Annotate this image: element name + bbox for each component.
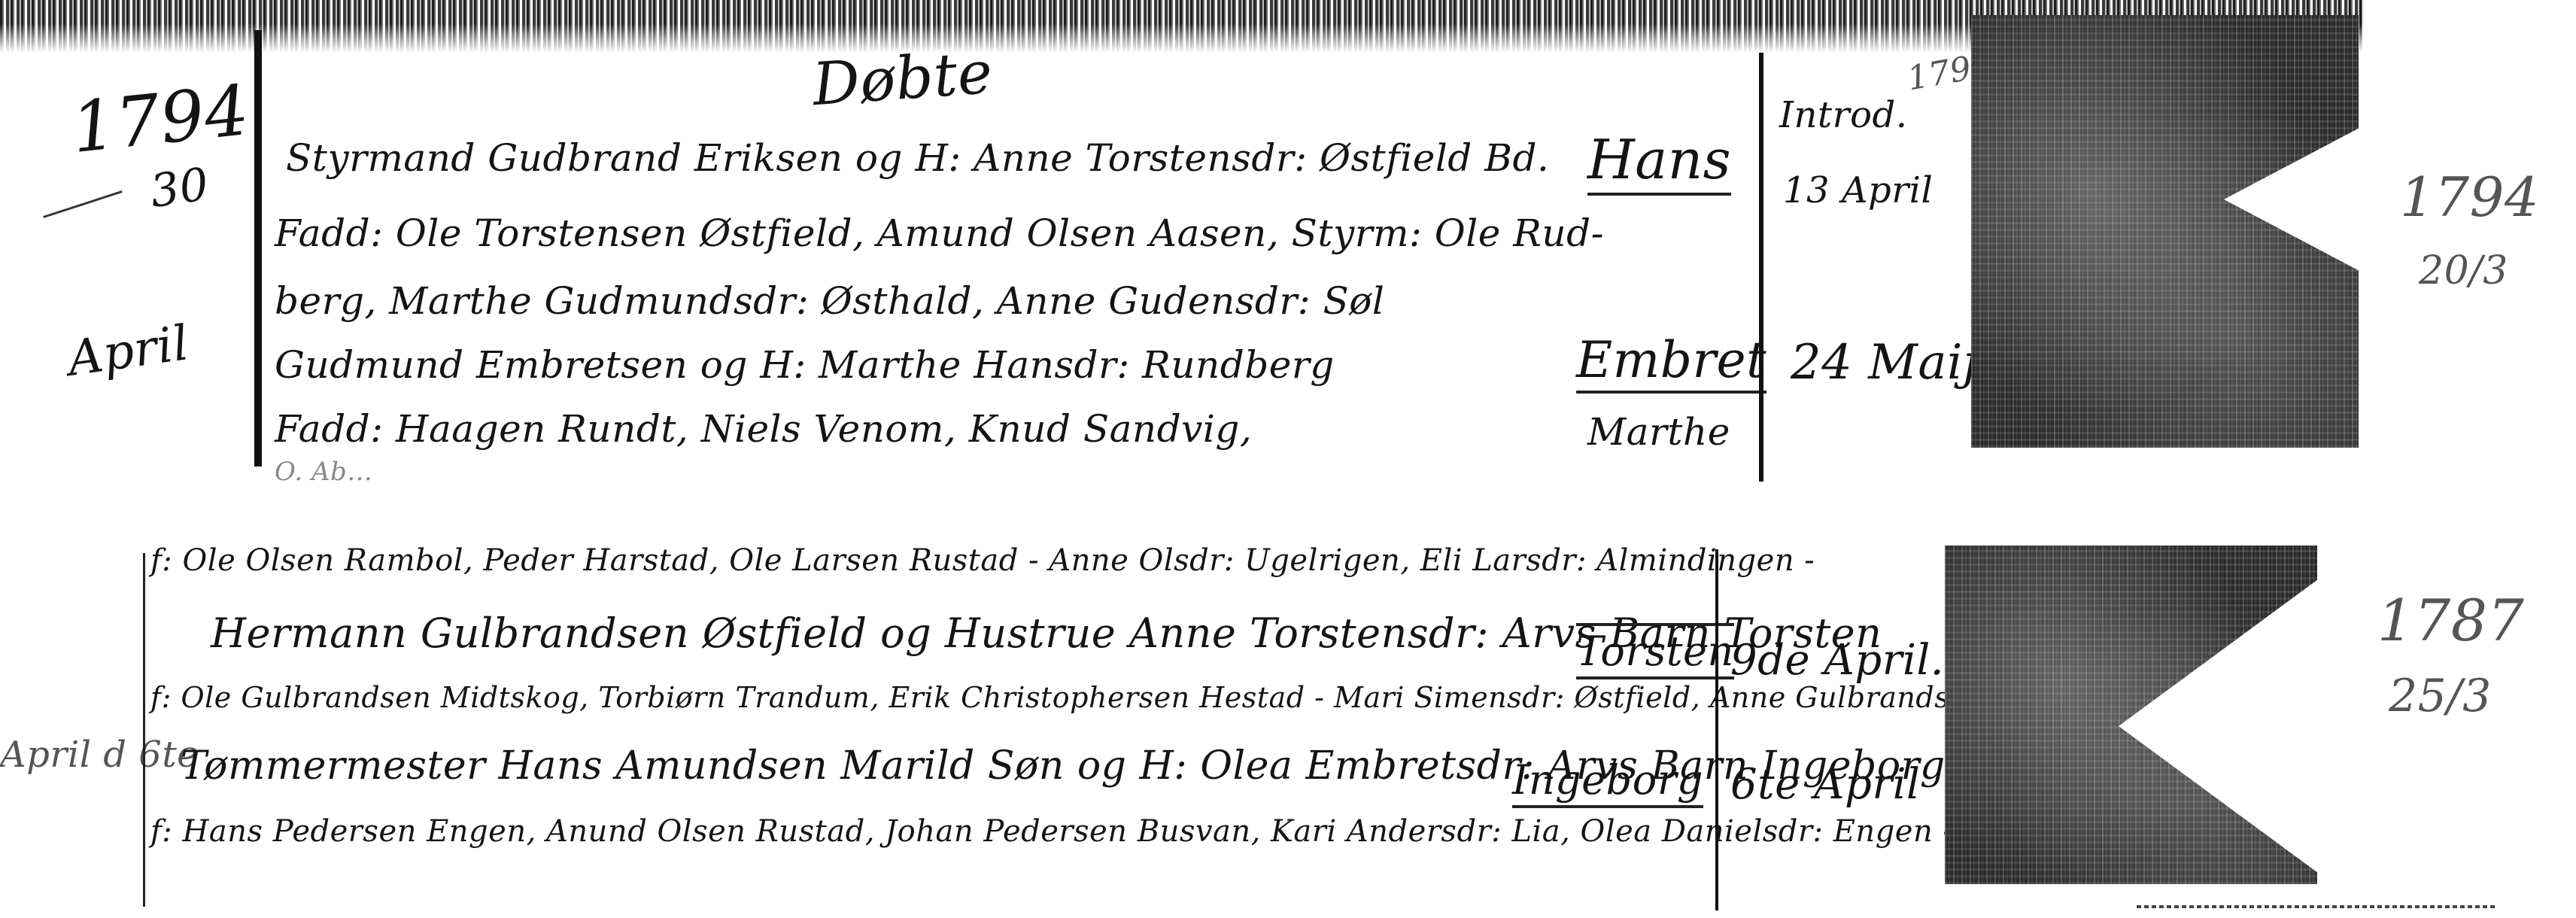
entry-line-6: O. Ab... bbox=[275, 459, 372, 485]
bottom-left-border bbox=[143, 553, 145, 907]
entry-line-4: Gudmund Embretsen og H: Marthe Hansdr: R… bbox=[275, 346, 1335, 384]
child-name-1: Hans bbox=[1587, 128, 1731, 196]
child-name-2: Embret bbox=[1576, 331, 1766, 394]
entry-line-2: Fadd: Ole Torstensen Østfield, Amund Ols… bbox=[275, 214, 1604, 252]
bottom-column-rule bbox=[1715, 549, 1718, 910]
margin-month: April bbox=[65, 315, 193, 388]
entry-line-3: berg, Marthe Gudmundsdr: Østhald, Anne G… bbox=[275, 282, 1384, 320]
margin-flourish bbox=[43, 190, 123, 218]
date-9-april: 9de April. bbox=[1730, 636, 1944, 685]
date-6-april: 6te April bbox=[1730, 760, 1920, 809]
sponsors-line-2: f: Ole Gulbrandsen Midtskog, Torbiørn Tr… bbox=[150, 683, 2160, 712]
sponsors-line-1: f: Ole Olsen Rambol, Peder Harstad, Ole … bbox=[150, 546, 1815, 576]
entry-line-1: Styrmand Gudbrand Eriksen og H: Anne Tor… bbox=[286, 139, 1549, 177]
bottom-entry: April d 6te f: Ole Olsen Rambol, Peder H… bbox=[0, 482, 2576, 918]
scan-dark-tab-bottom bbox=[1945, 546, 2317, 884]
right-margin-fraction: 20/3 bbox=[2419, 248, 2508, 293]
tab-notch bbox=[2119, 579, 2318, 873]
tab-notch bbox=[2224, 128, 2359, 271]
scan-dark-tab-top bbox=[1971, 15, 2359, 448]
child-name-3: Marthe bbox=[1587, 410, 1730, 454]
child-name-torsten: Torsten bbox=[1576, 623, 1734, 679]
left-margin-date: April d 6te bbox=[0, 734, 199, 776]
column-rule-left bbox=[254, 30, 262, 467]
top-entry: 1794 30 April Døbte Styrmand Gudbrand Er… bbox=[0, 0, 2576, 482]
right-margin-year: 1794 bbox=[2400, 166, 2539, 229]
date-introd: Introd. bbox=[1779, 94, 1908, 136]
right-margin-year: 1787 bbox=[2377, 587, 2524, 654]
date-introduction: 24 Maij bbox=[1791, 335, 1978, 391]
date-baptism: 13 April bbox=[1783, 169, 1933, 211]
sponsors-line-3: f: Hans Pedersen Engen, Anund Olsen Rust… bbox=[150, 816, 1953, 847]
margin-number: 30 bbox=[147, 158, 212, 218]
child-name-ingeborg: Ingeborg bbox=[1512, 756, 1703, 808]
column-rule-right bbox=[1759, 53, 1763, 482]
scan-bottom-line bbox=[2137, 905, 2498, 908]
margin-year: 1794 bbox=[68, 70, 253, 169]
page-heading: Døbte bbox=[810, 39, 995, 119]
entry-line-5: Fadd: Haagen Rundt, Niels Venom, Knud Sa… bbox=[275, 410, 1252, 448]
right-margin-fraction: 25/3 bbox=[2389, 670, 2492, 722]
